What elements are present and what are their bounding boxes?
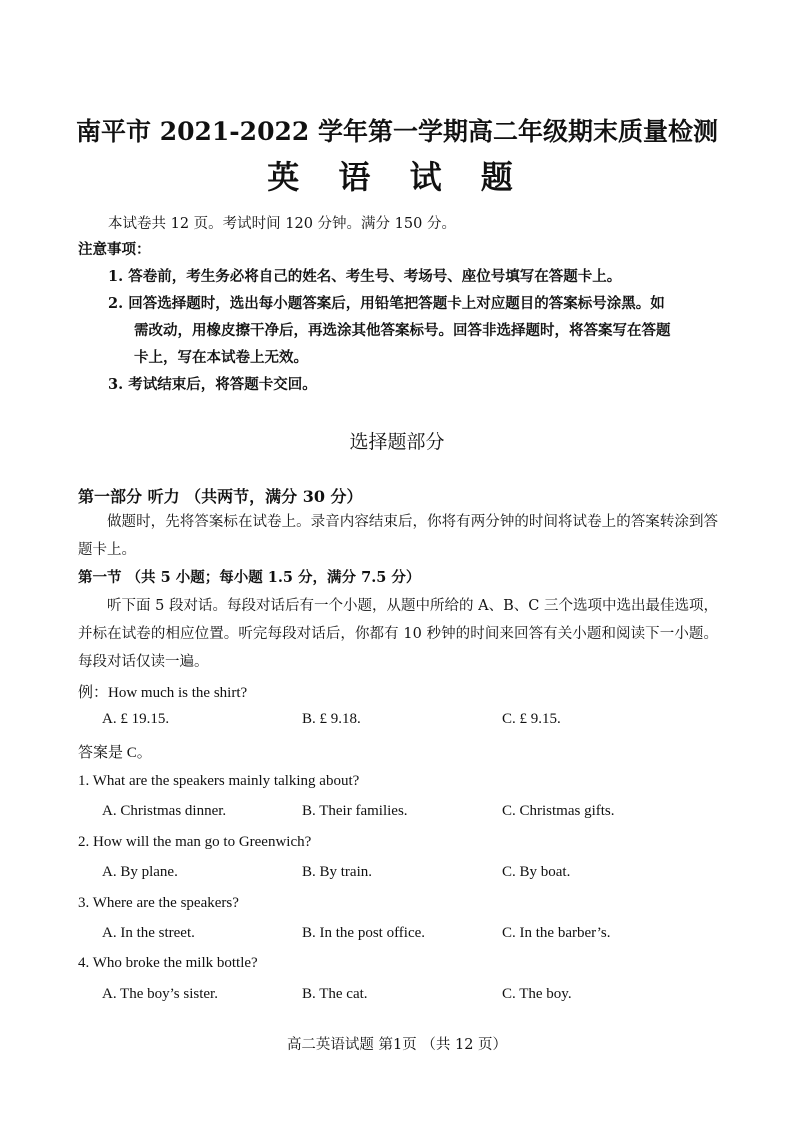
question-3-option-a: A. In the street. xyxy=(102,925,195,942)
question-2-option-a: A. By plane. xyxy=(102,864,178,881)
question-1-option-b: B. Their families. xyxy=(302,803,408,820)
exam-title: 南平市 2021-2022 学年第一学期高二年级期末质量检测 xyxy=(0,112,794,148)
question-1-option-c: C. Christmas gifts. xyxy=(502,803,615,820)
note-number: 3. xyxy=(108,376,123,393)
question-4: 4. Who broke the milk bottle? xyxy=(78,955,258,972)
example-question: 例：How much is the shirt? xyxy=(78,681,247,702)
question-4-option-c: C. The boy. xyxy=(502,986,572,1003)
example-answer: 答案是 C。 xyxy=(78,741,152,762)
question-2-option-b: B. By train. xyxy=(302,864,372,881)
subject-title: 英 语 试 题 xyxy=(0,152,794,198)
note-number: 1. xyxy=(108,268,123,285)
note-text: 回答选择题时，选出每小题答案后，用铅笔把答题卡上对应题目的答案标号涂黑。如 xyxy=(128,295,665,312)
example-option-c: C. £ 9.15. xyxy=(502,711,561,728)
question-2-option-c: C. By boat. xyxy=(502,864,570,881)
intro-text: 本试卷共 12 页。考试时间 120 分钟。满分 150 分。 xyxy=(108,214,456,234)
question-3: 3. Where are the speakers? xyxy=(78,895,239,912)
question-1: 1. What are the speakers mainly talking … xyxy=(78,773,359,790)
question-3-option-b: B. In the post office. xyxy=(302,925,425,942)
section1-title: 第一节 （共 5 小题；每小题 1.5 分，满分 7.5 分） xyxy=(78,568,420,588)
note-number: 2. xyxy=(108,295,123,312)
example-option-a: A. £ 19.15. xyxy=(102,711,169,728)
note-item-2: 2. 回答选择题时，选出每小题答案后，用铅笔把答题卡上对应题目的答案标号涂黑。如 xyxy=(108,294,665,314)
part1-title: 第一部分 听力 （共两节，满分 30 分） xyxy=(78,484,363,507)
note-item-2-line3: 卡上，写在本试卷上无效。 xyxy=(134,348,308,368)
question-3-option-c: C. In the barber’s. xyxy=(502,925,610,942)
notes-heading: 注意事项： xyxy=(78,240,151,260)
note-text: 考试结束后，将答题卡交回。 xyxy=(128,376,317,393)
note-item-1: 1. 答卷前，考生务必将自己的姓名、考生号、考场号、座位号填写在答题卡上。 xyxy=(108,267,621,287)
question-2: 2. How will the man go to Greenwich? xyxy=(78,834,311,851)
note-text: 答卷前，考生务必将自己的姓名、考生号、考场号、座位号填写在答题卡上。 xyxy=(128,268,621,285)
question-4-option-a: A. The boy’s sister. xyxy=(102,986,218,1003)
section-title: 选择题部分 xyxy=(0,427,794,454)
section1-instructions: 听下面 5 段对话。每段对话后有一个小题，从题中所给的 A、B、C 三个选项中选… xyxy=(78,592,718,676)
example-option-b: B. £ 9.18. xyxy=(302,711,361,728)
part1-instructions: 做题时，先将答案标在试卷上。录音内容结束后，你将有两分钟的时间将试卷上的答案转涂… xyxy=(78,508,718,564)
note-item-3: 3. 考试结束后，将答题卡交回。 xyxy=(108,375,317,395)
question-1-option-a: A. Christmas dinner. xyxy=(102,803,226,820)
question-4-option-b: B. The cat. xyxy=(302,986,368,1003)
page-footer: 高二英语试题 第1页 （共 12 页） xyxy=(0,1033,794,1054)
note-item-2-line2: 需改动，用橡皮擦干净后，再选涂其他答案标号。回答非选择题时，将答案写在答题 xyxy=(134,321,671,341)
